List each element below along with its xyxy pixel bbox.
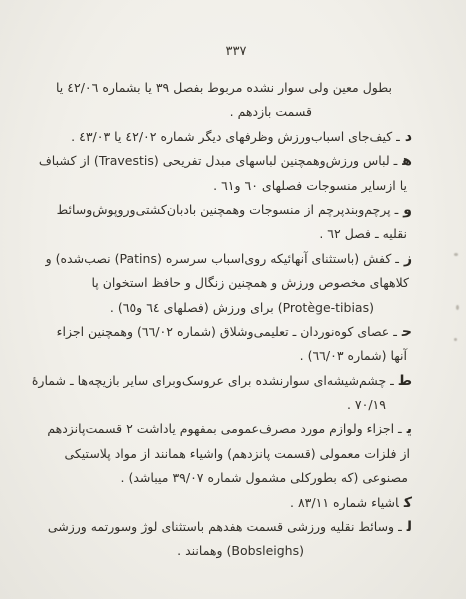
- line-text: ـ کیف‌جای اسباب‌ورزش وظرفهای دیگر شماره …: [71, 129, 400, 144]
- line-text: بطول معین ولی سوار نشده مربوط بفصل ٣٩ یا…: [56, 80, 392, 95]
- item-line: آنها (شماره ٦٦/٠٣) .: [40, 344, 412, 368]
- item-line: کلاههای مخصوص ورزش و همچنین زنگال و حافظ…: [40, 271, 412, 295]
- item-line: زـ کفش (باستثنای آنهائیکه روی‌اسباب سرسر…: [40, 247, 412, 271]
- line-text: آنها (شماره ٦٦/٠٣) .: [300, 348, 407, 363]
- page-number: ٣٣٧: [6, 44, 466, 59]
- item-line: طـ چشم‌شیشه‌ای سوارنشده برای عروسک‌وبرای…: [40, 369, 412, 393]
- line-text: ـ چشم‌شیشه‌ای سوارنشده برای عروسک‌وبرای …: [32, 373, 394, 388]
- item-letter: ل: [407, 519, 412, 535]
- list-item: طـ چشم‌شیشه‌ای سوارنشده برای عروسک‌وبرای…: [40, 369, 412, 418]
- list-item: هـ لباس ورزش‌وهمچنین لباسهای مبدل تفریحی…: [40, 149, 412, 198]
- list-item: دـ کیف‌جای اسباب‌ورزش وظرفهای دیگر شماره…: [40, 125, 412, 149]
- line-text: مصنوعی (که بطورکلی مشمول شماره ٣٩/٠٧ میب…: [121, 470, 408, 485]
- intro-paragraph: بطول معین ولی سوار نشده مربوط بفصل ٣٩ یا…: [40, 76, 412, 125]
- item-line: یـ اجزاء ولوازم مورد مصرف‌عمومی بمفهوم ی…: [40, 417, 412, 441]
- item-line: کاشیاء شماره ٨٣/١١ .: [40, 491, 412, 515]
- line-text: از فلزات معمولی (قسمت پانزدهم) واشیاء هم…: [64, 446, 410, 461]
- line-text: ٧٠/١٩ .: [347, 397, 386, 412]
- item-letter: د: [405, 129, 412, 145]
- item-line: حـ عصای کوه‌نوردان ـ تعلیمی‌وشلاق (شماره…: [40, 320, 412, 344]
- scanned-document-page: ٣٣٧ بطول معین ولی سوار نشده مربوط بفصل ٣…: [0, 0, 466, 599]
- line-text: یا ازسایر منسوجات فصلهای ٦٠ و٦١ .: [213, 178, 407, 193]
- intro-line: قسمت بازدهم .: [40, 100, 412, 124]
- item-line: وـ پرچم‌وبندپرچم از منسوجات وهمچنین بادب…: [40, 198, 412, 222]
- item-line: (Bobsleighs) وهمانند .: [40, 539, 412, 563]
- item-line: مصنوعی (که بطورکلی مشمول شماره ٣٩/٠٧ میب…: [40, 466, 412, 490]
- line-text: (Bobsleighs) وهمانند .: [177, 543, 304, 558]
- list-item: وـ پرچم‌وبندپرچم از منسوجات وهمچنین بادب…: [40, 198, 412, 247]
- intro-line: بطول معین ولی سوار نشده مربوط بفصل ٣٩ یا…: [40, 76, 412, 100]
- scan-artifact: [454, 253, 458, 256]
- line-text: قسمت بازدهم .: [230, 104, 312, 119]
- list-item: لـ وسائط نقلیه ورزشی قسمت هفدهم باستثنای…: [40, 515, 412, 564]
- item-line: از فلزات معمولی (قسمت پانزدهم) واشیاء هم…: [40, 442, 412, 466]
- items-list: دـ کیف‌جای اسباب‌ورزش وظرفهای دیگر شماره…: [40, 125, 412, 564]
- line-text: ـ عصای کوه‌نوردان ـ تعلیمی‌وشلاق (شماره …: [57, 324, 397, 339]
- line-text: ـ وسائط نقلیه ورزشی قسمت هفدهم باستثنای …: [48, 519, 402, 534]
- list-item: یـ اجزاء ولوازم مورد مصرف‌عمومی بمفهوم ی…: [40, 417, 412, 490]
- item-letter: ز: [404, 251, 412, 267]
- item-letter: ک: [404, 495, 412, 511]
- line-text: نقلیه ـ فصل ٦٢ .: [319, 226, 407, 241]
- line-text: ـ کفش (باستثنای آنهائیکه روی‌اسباب سرسره…: [46, 251, 399, 266]
- item-letter: و: [403, 202, 412, 218]
- line-text: ـ پرچم‌وبندپرچم از منسوجات وهمچنین بادبا…: [57, 202, 399, 217]
- item-line: ٧٠/١٩ .: [40, 393, 412, 417]
- item-letter: ی: [407, 421, 412, 437]
- line-text: ـ اجزاء ولوازم مورد مصرف‌عمومی بمفهوم یا…: [47, 421, 401, 436]
- page-content: بطول معین ولی سوار نشده مربوط بفصل ٣٩ یا…: [40, 76, 412, 564]
- list-item: کاشیاء شماره ٨٣/١١ .: [40, 491, 412, 515]
- list-item: زـ کفش (باستثنای آنهائیکه روی‌اسباب سرسر…: [40, 247, 412, 320]
- item-line: دـ کیف‌جای اسباب‌ورزش وظرفهای دیگر شماره…: [40, 125, 412, 149]
- line-text: کلاههای مخصوص ورزش و همچنین زنگال و حافظ…: [91, 275, 409, 290]
- item-line: هـ لباس ورزش‌وهمچنین لباسهای مبدل تفریحی…: [40, 149, 412, 173]
- scan-artifact: [456, 305, 459, 310]
- line-text: اشیاء شماره ٨٣/١١ .: [290, 495, 399, 510]
- line-text: ـ لباس ورزش‌وهمچنین لباسهای مبدل تفریحی …: [39, 153, 397, 168]
- item-line: (Protège-tibias) برای ورزش (فصلهای ٦٤ و٦…: [40, 296, 412, 320]
- item-letter: ط: [399, 373, 412, 389]
- item-letter: ح: [402, 324, 412, 340]
- item-line: نقلیه ـ فصل ٦٢ .: [40, 222, 412, 246]
- item-line: یا ازسایر منسوجات فصلهای ٦٠ و٦١ .: [40, 174, 412, 198]
- item-letter: ه: [402, 153, 412, 169]
- scan-artifact: [454, 338, 457, 341]
- item-line: لـ وسائط نقلیه ورزشی قسمت هفدهم باستثنای…: [40, 515, 412, 539]
- line-text: (Protège-tibias) برای ورزش (فصلهای ٦٤ و٦…: [110, 300, 374, 315]
- list-item: حـ عصای کوه‌نوردان ـ تعلیمی‌وشلاق (شماره…: [40, 320, 412, 369]
